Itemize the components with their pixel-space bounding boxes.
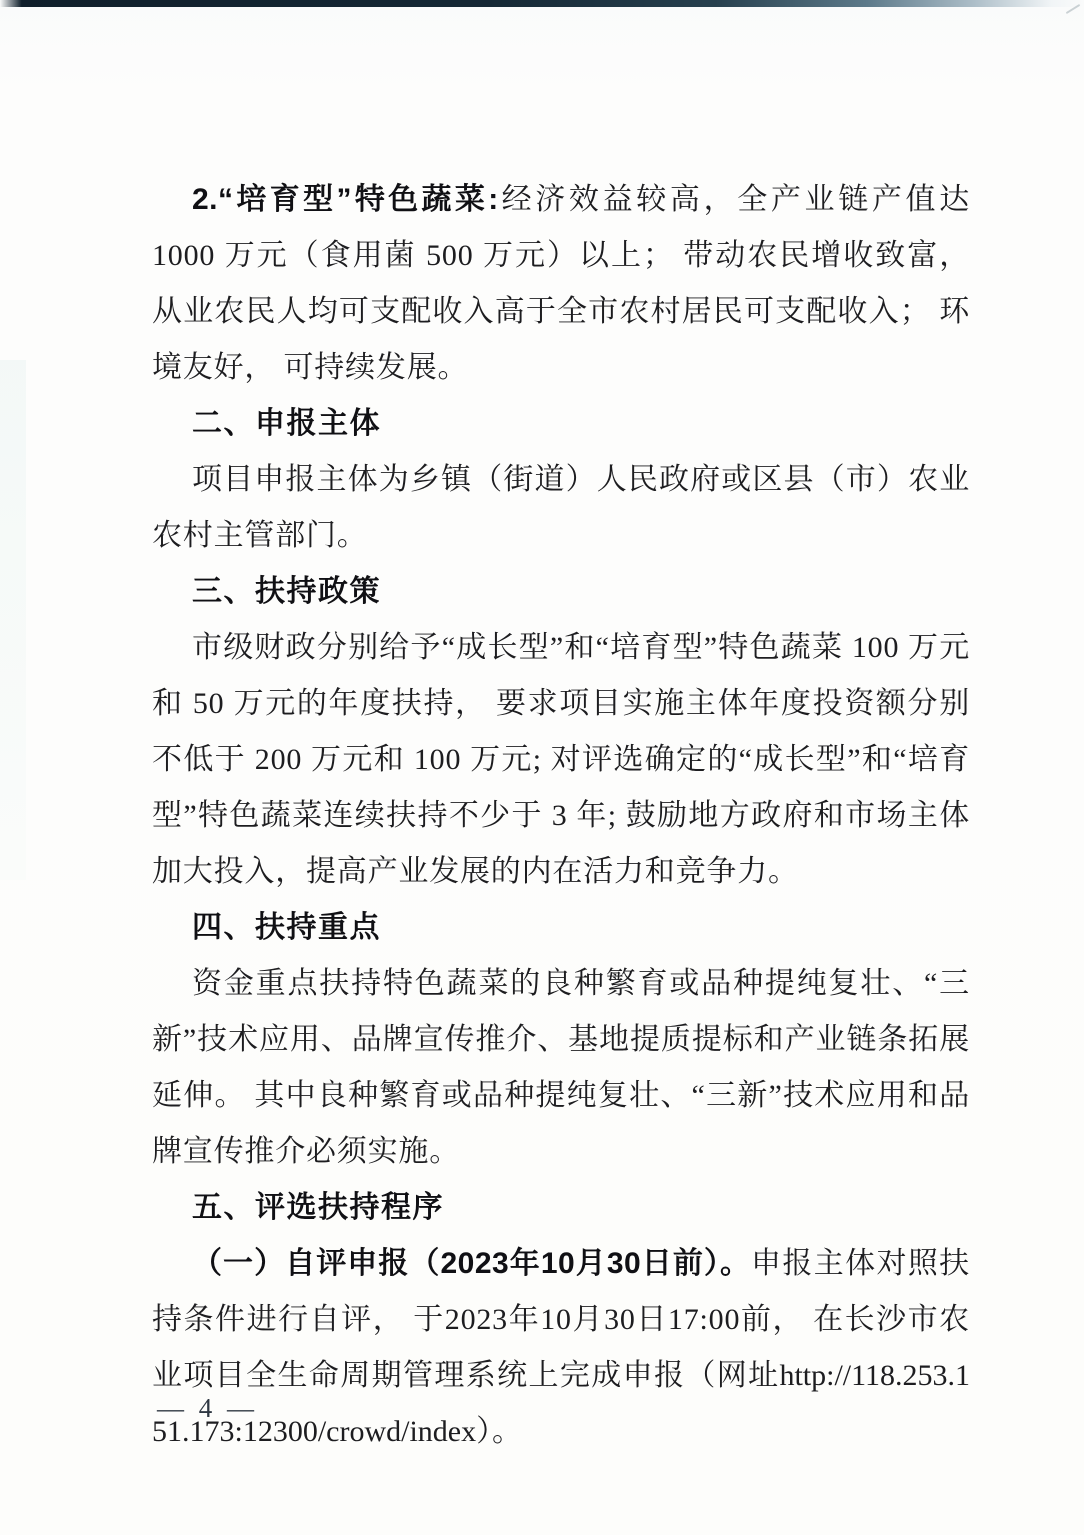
paragraph-lead-self-evaluation: （一）自评申报（2023年10月30日前）。 <box>192 1247 751 1280</box>
page-number: — 4 — <box>157 1392 258 1424</box>
paragraph-cultivated-type-definition: 2.“培育型”特色蔬菜:经济效益较高，全产业链产值达 1000 万元（食用菌 5… <box>152 172 970 396</box>
paragraph-self-evaluation-application: （一）自评申报（2023年10月30日前）。申报主体对照扶持条件进行自评， 于2… <box>152 1236 970 1460</box>
scanned-document-page: 2.“培育型”特色蔬菜:经济效益较高，全产业链产值达 1000 万元（食用菌 5… <box>0 0 1084 1535</box>
heading-selection-procedure: 五、评选扶持程序 <box>152 1180 970 1236</box>
paragraph-text-self-evaluation-end: ）。 <box>476 1415 523 1448</box>
left-edge-scan-tint <box>0 360 26 880</box>
paragraph-support-policy: 市级财政分别给予“成长型”和“培育型”特色蔬菜 100 万元和 50 万元的年度… <box>152 620 970 900</box>
paragraph-application-subject: 项目申报主体为乡镇（街道）人民政府或区县（市）农业农村主管部门。 <box>152 452 970 564</box>
scan-edge-artifact <box>0 0 1084 7</box>
heading-support-policy: 三、扶持政策 <box>152 564 970 620</box>
document-body: 2.“培育型”特色蔬菜:经济效益较高，全产业链产值达 1000 万元（食用菌 5… <box>152 172 970 1460</box>
paragraph-support-focus: 资金重点扶持特色蔬菜的良种繁育或品种提纯复壮、“三新”技术应用、品牌宣传推介、基… <box>152 956 970 1180</box>
heading-application-subject: 二、申报主体 <box>152 396 970 452</box>
heading-support-focus: 四、扶持重点 <box>152 900 970 956</box>
paragraph-lead-cultivated-type: 2.“培育型”特色蔬菜: <box>192 183 499 216</box>
